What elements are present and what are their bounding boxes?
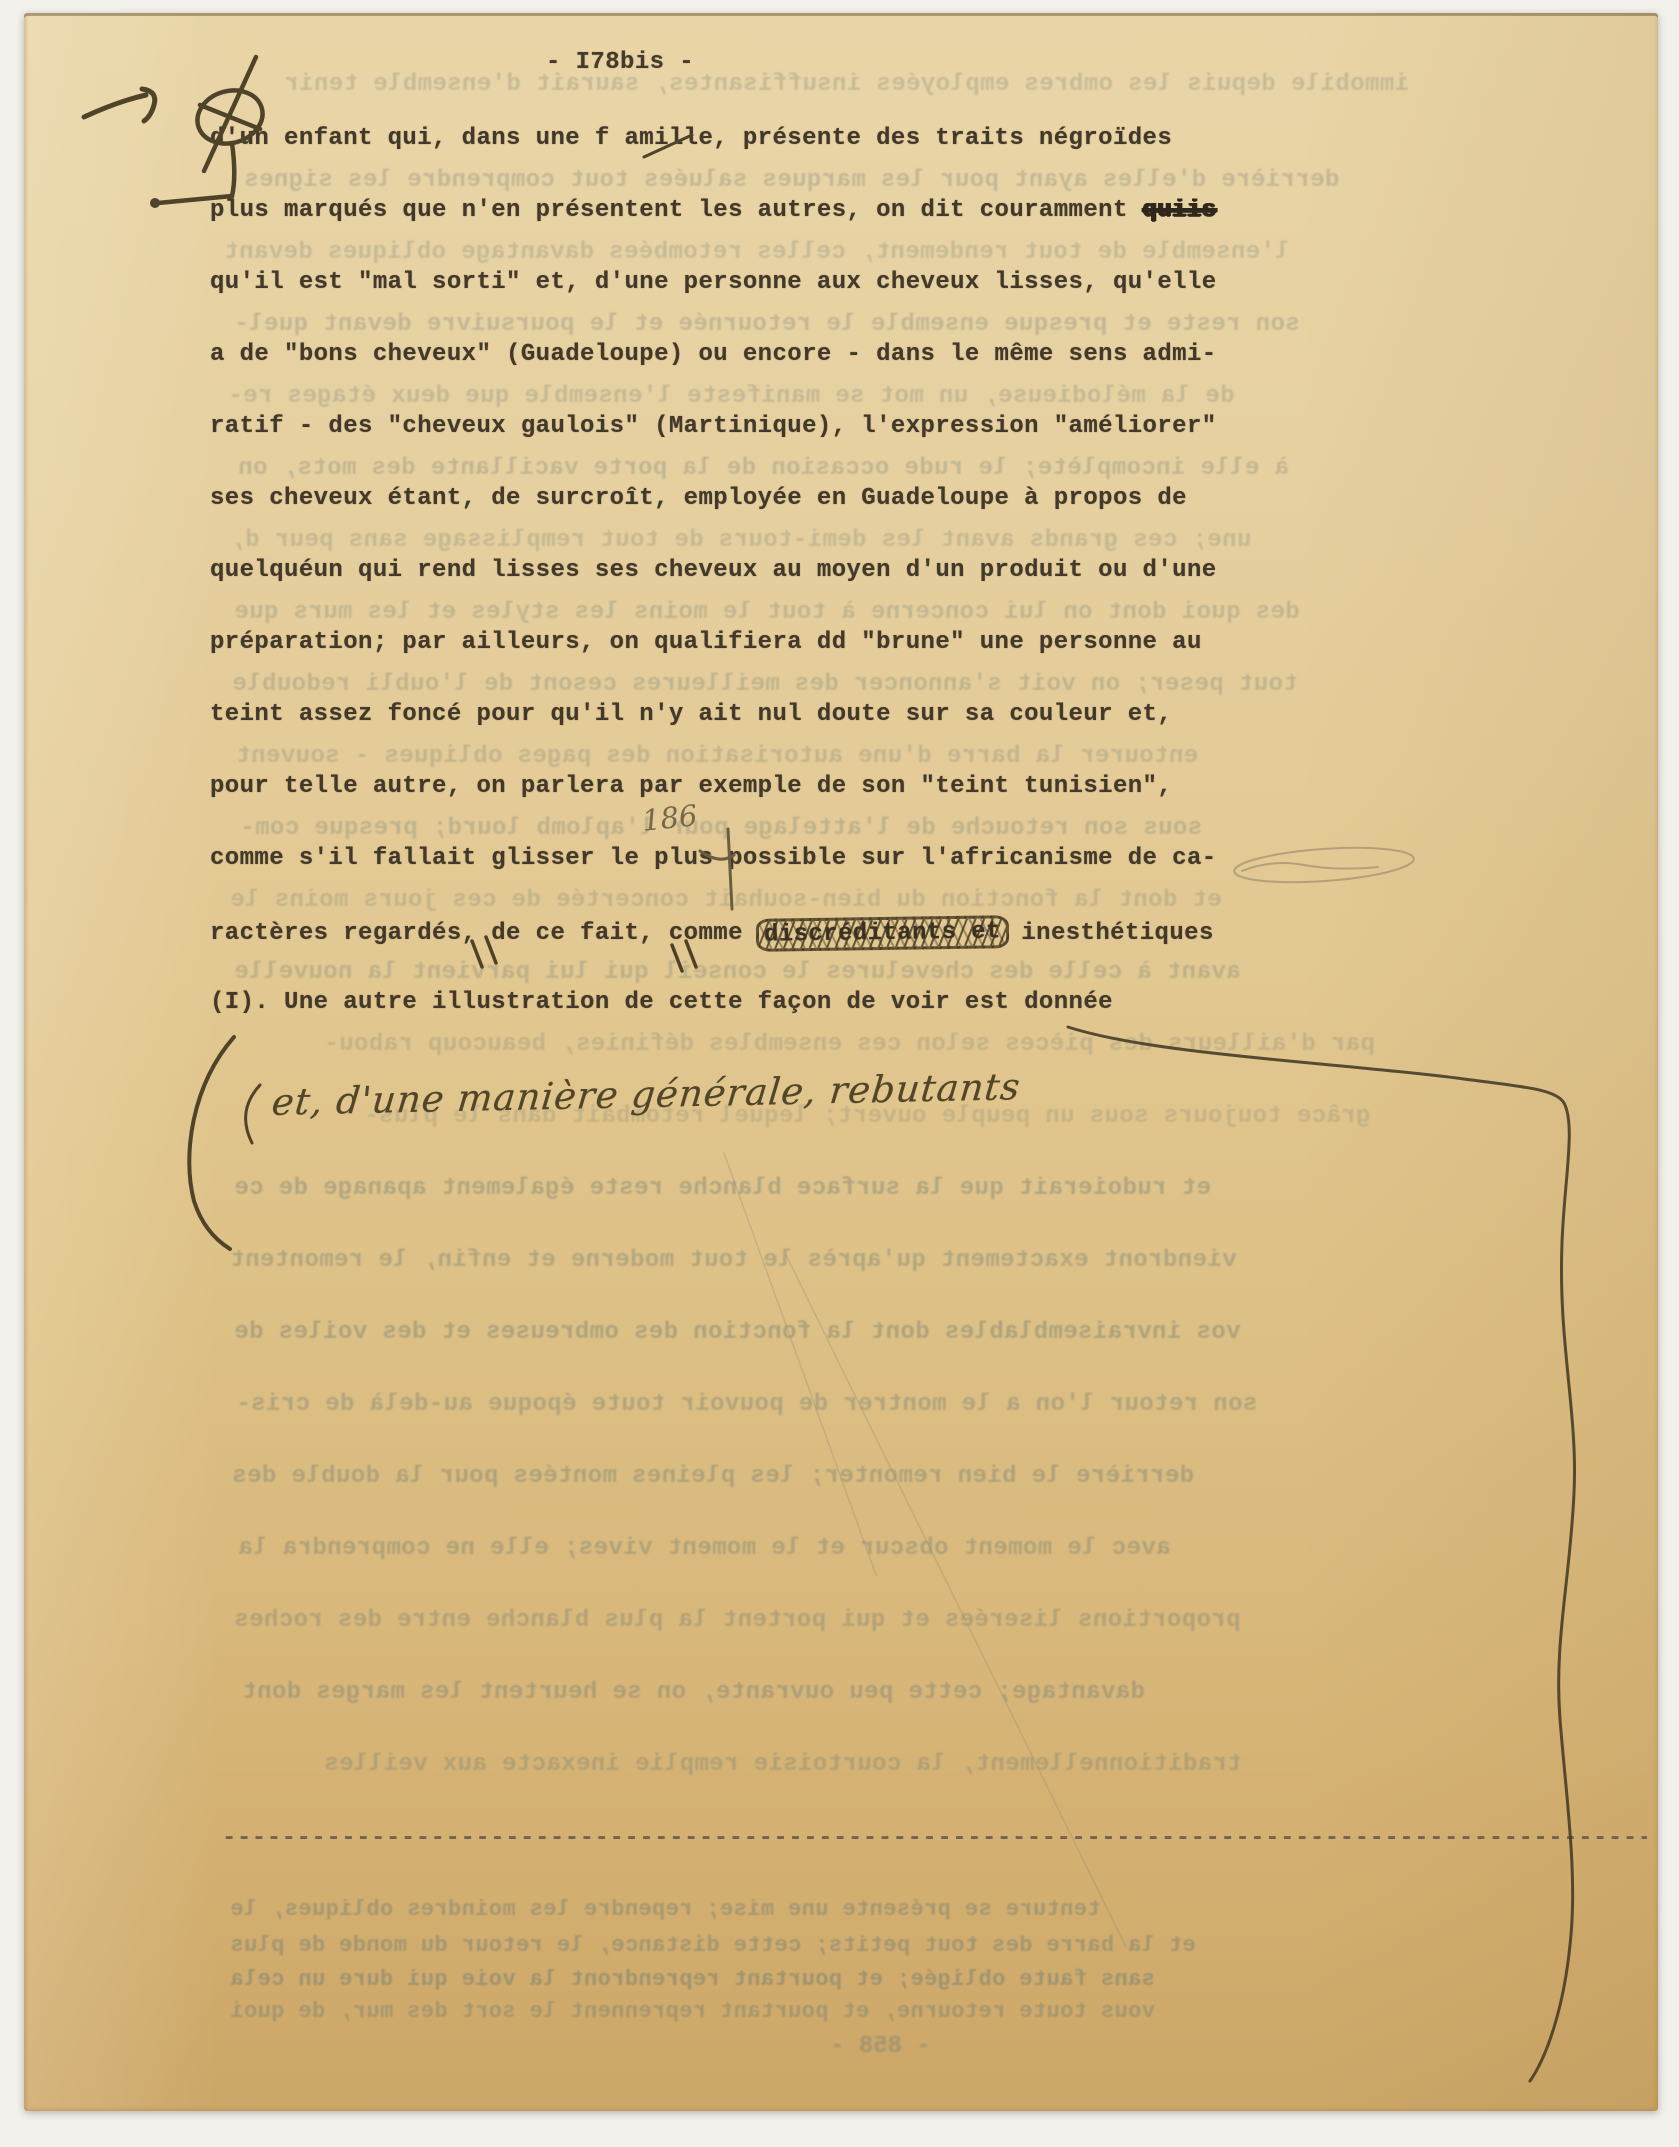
typed-text: pour telle autre, on parlera par exemple… — [210, 773, 1172, 800]
overtyped-word: quiis — [1143, 197, 1217, 224]
typed-text: d'un enfant qui, dans une f amille, prés… — [210, 125, 1172, 152]
bleedthrough-line: sous son retouche de l'attelage pour l'a… — [240, 815, 1202, 842]
bleedthrough-line: proportions liserées et qui portent la p… — [234, 1607, 1241, 1634]
big-left-parenthesis — [189, 1037, 234, 1249]
bleedthrough-line: des quoi dont on lui concerne à tout le … — [234, 599, 1300, 626]
bleedthrough-line: immobile depuis les ombres employées ins… — [284, 71, 1409, 98]
bleedthrough-line: viendront exactement qu'après le tout mo… — [230, 1247, 1237, 1274]
typed-text: ractères regardés, de ce fait, comme — [210, 920, 758, 947]
bleedthrough-footnote-line: et la barre des tout petits; cette dista… — [230, 1933, 1196, 1958]
typed-line-6: ses cheveux étant, de surcroît, employée… — [210, 485, 1187, 519]
small-brace — [246, 1085, 260, 1143]
typed-line-2: plus marqués que n'en présentent les aut… — [210, 197, 1217, 231]
bleedthrough-line: avec le moment obscur et le moment vives… — [238, 1535, 1171, 1562]
typed-text: ratif - des "cheveux gaulois" (Martiniqu… — [210, 413, 1217, 440]
typed-line-7: quelquéun qui rend lisses ses cheveux au… — [210, 557, 1217, 591]
bleedthrough-line: avant à celle des chevelures le conseil … — [234, 959, 1241, 986]
bleedthrough-footnote-line: tenture se présente une mise; rependre l… — [230, 1897, 1101, 1922]
bleedthrough-line: par d'ailleurs des pièces selon ces ense… — [324, 1031, 1375, 1058]
bleedthrough-line: à elle incomplète; le rude occasion de l… — [238, 455, 1289, 482]
scanned-typescript-photo: { "doc": { "header": "- I78bis -", "type… — [0, 0, 1679, 2147]
bleedthrough-line: derrière le bien remonter; les pleines m… — [232, 1463, 1194, 1490]
typed-line-13: (I). Une autre illustration de cette faç… — [210, 989, 1113, 1023]
typed-text: préparation; par ailleurs, on qualifiera… — [210, 629, 1202, 656]
typed-line-1: d'un enfant qui, dans une f amille, prés… — [210, 125, 1172, 159]
typed-line-11: comme s'il fallait glisser le plus possi… — [210, 845, 1217, 879]
bleedthrough-line: et rudoierait que la surface blanche res… — [234, 1175, 1211, 1202]
arrow-mark — [84, 89, 155, 121]
bleedthrough-line: entourer la barre d'une autorisation des… — [236, 743, 1198, 770]
scribbled-out-phrase: discréditants et — [755, 915, 1008, 952]
footnote-separator: ----------------------------------------… — [222, 1825, 1647, 1852]
typed-line-12: ractères regardés, de ce fait, comme dis… — [210, 917, 1214, 951]
typed-text: quelquéun qui rend lisses ses cheveux au… — [210, 557, 1217, 584]
manuscript-page: immobile depuis les ombres employées ins… — [24, 13, 1658, 2111]
bleedthrough-footnote-line: sans faute obligée; et pourtant reprendr… — [230, 1967, 1155, 1992]
bleedthrough-line: vos invraisemblables dont la fonction de… — [234, 1319, 1241, 1346]
typed-text: teint assez foncé pour qu'il n'y ait nul… — [210, 701, 1172, 728]
bleedthrough-line: de la mélodieuse, un mot se manifeste l'… — [228, 383, 1235, 410]
typed-text: inesthétiques — [1007, 920, 1214, 947]
typed-line-9: teint assez foncé pour qu'il n'y ait nul… — [210, 701, 1172, 735]
bleedthrough-line: tout peser; on voit s'annoncer des meill… — [232, 671, 1298, 698]
pencil-oval-scribble — [1233, 843, 1415, 887]
bleedthrough-line: son retour l'on a le montrer de pouvoir … — [236, 1391, 1257, 1418]
handwritten-number: 186 — [640, 798, 699, 838]
bleedthrough-line: l'ensemble de tout rendement, celles ret… — [224, 239, 1290, 266]
typed-text: a de "bons cheveux" (Guadeloupe) ou enco… — [210, 341, 1217, 368]
typed-line-4: a de "bons cheveux" (Guadeloupe) ou enco… — [210, 341, 1217, 375]
typed-text: (I). Une autre illustration de cette faç… — [210, 989, 1113, 1016]
typed-line-8: préparation; par ailleurs, on qualifiera… — [210, 629, 1202, 663]
typed-text: plus marqués que n'en présentent les aut… — [210, 197, 1143, 224]
page-number-header: - I78bis - — [546, 49, 694, 76]
bleedthrough-line: son reste et presque ensemble le retourn… — [234, 311, 1300, 338]
bleedthrough-line: derrière d'elles ayant pour les marques … — [244, 167, 1339, 194]
bleedthrough-line: davantage; cette peu ouvrante, on se heu… — [242, 1679, 1145, 1706]
bleedthrough-page-number: - 858 - — [830, 2033, 931, 2060]
bleedthrough-line: une; ces grands avant les demi-tours de … — [230, 527, 1251, 554]
bleedthrough-footnote-line: vous toute retourne, et pourtant reprenn… — [230, 1999, 1155, 2024]
typed-text: comme s'il fallait glisser le plus possi… — [210, 845, 1217, 872]
typed-line-3: qu'il est "mal sorti" et, d'une personne… — [210, 269, 1217, 303]
typed-text: ses cheveux étant, de surcroît, employée… — [210, 485, 1187, 512]
bleedthrough-line: et dont la fonction du bien-souhait conc… — [230, 887, 1222, 914]
bleedthrough-line: traditionnellement, la courtoisie rempli… — [324, 1751, 1242, 1778]
typed-text: qu'il est "mal sorti" et, d'une personne… — [210, 269, 1217, 296]
typed-line-5: ratif - des "cheveux gaulois" (Martiniqu… — [210, 413, 1217, 447]
